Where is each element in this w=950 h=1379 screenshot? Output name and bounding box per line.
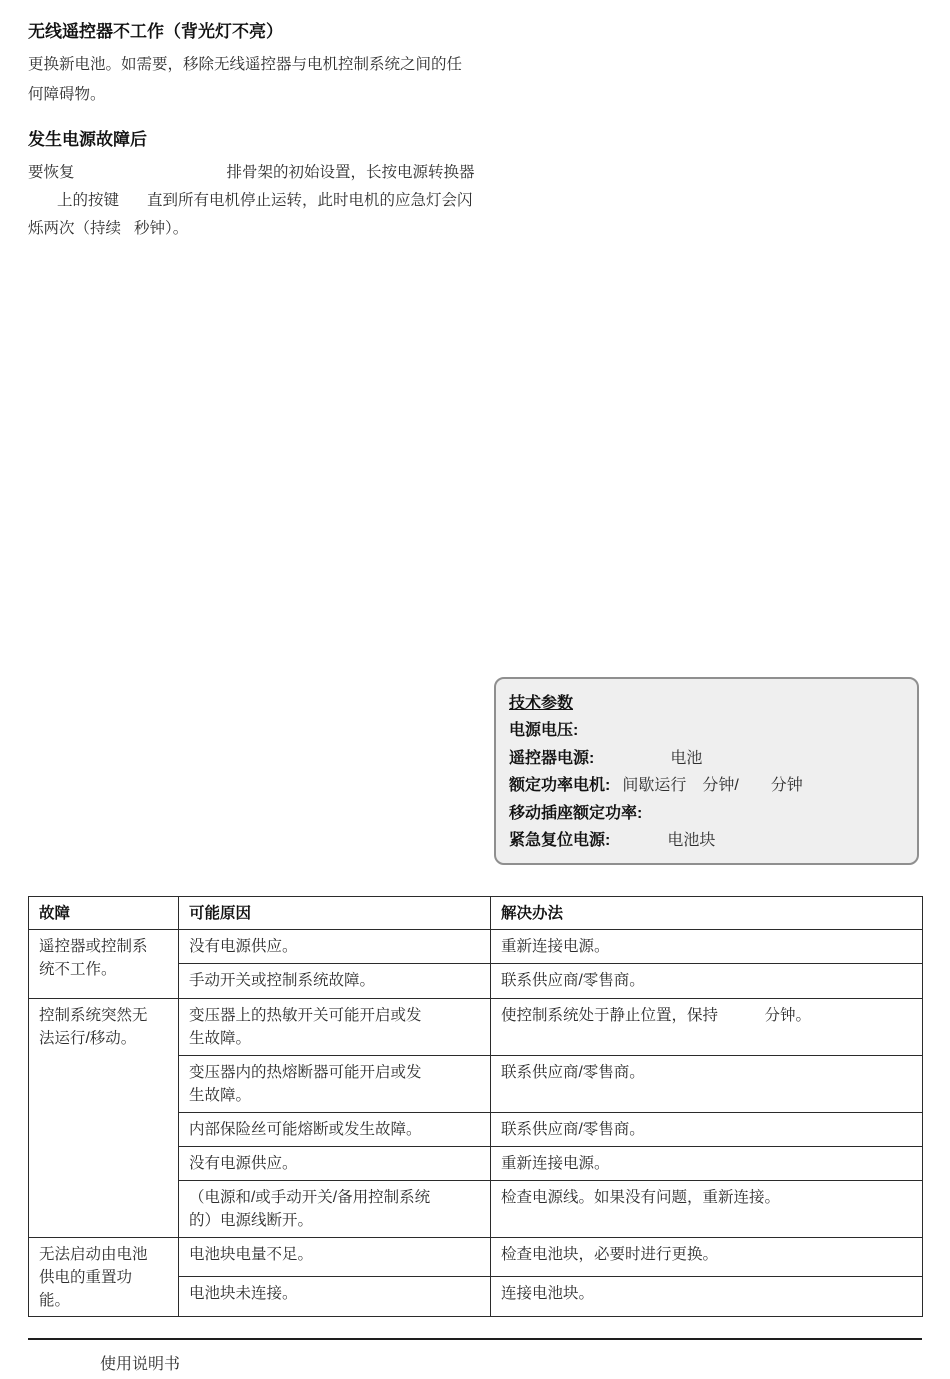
text-segment: 要恢复 — [28, 164, 75, 181]
table-header-row: 故障 可能原因 解决办法 — [29, 897, 923, 930]
tech-spec-row-voltage: 电源电压: — [509, 717, 904, 745]
cause-cell: 电池块电量不足。 — [179, 1238, 491, 1277]
spec-value: 电池块 — [667, 832, 715, 849]
cause-cell: 电池块未连接。 — [179, 1276, 491, 1316]
remote-section-paragraph: 更换新电池。如需要，移除无线遥控器与电机控制系统之间的任 何障碍物。 — [28, 50, 462, 110]
footer-manual-label: 使用说明书 — [100, 1351, 180, 1374]
cause-cell: 没有电源供应。 — [179, 1147, 491, 1181]
section-heading-power-failure: 发生电源故障后 — [28, 129, 147, 151]
cause-cell: 变压器上的热敏开关可能开启或发 生故障。 — [179, 999, 491, 1056]
spec-label: 额定功率电机: — [509, 777, 610, 794]
table-row: 遥控器或控制系 统不工作。 没有电源供应。 重新连接电源。 — [29, 930, 923, 964]
cause-cell: 内部保险丝可能熔断或发生故障。 — [179, 1113, 491, 1147]
fault-cell: 无法启动由电池 供电的重置功 能。 — [29, 1238, 179, 1317]
column-header-solution: 解决办法 — [491, 897, 923, 930]
solution-cell: 联系供应商/零售商。 — [491, 1056, 923, 1113]
text-segment: 直到所有电机停止运转，此时电机的应急灯会闪 — [147, 192, 473, 209]
spec-value: 电池 — [670, 750, 702, 767]
cause-cell: 变压器内的热熔断器可能开启或发 生故障。 — [179, 1056, 491, 1113]
column-header-fault: 故障 — [29, 897, 179, 930]
cause-cell: （电源和/或手动开关/备用控制系统 的）电源线断开。 — [179, 1181, 491, 1238]
text-segment: 秒钟）。 — [134, 220, 188, 237]
solution-cell: 重新连接电源。 — [491, 930, 923, 964]
spec-value: 间歇运行 分钟/ 分钟 — [622, 777, 802, 794]
cause-cell: 没有电源供应。 — [179, 930, 491, 964]
table-row: 无法启动由电池 供电的重置功 能。 电池块电量不足。 检查电池块，必要时进行更换… — [29, 1238, 923, 1277]
solution-cell: 使控制系统处于静止位置，保持 分钟。 — [491, 999, 923, 1056]
troubleshooting-table: 故障 可能原因 解决办法 遥控器或控制系 统不工作。 没有电源供应。 重新连接电… — [28, 896, 923, 1317]
column-header-cause: 可能原因 — [179, 897, 491, 930]
text-segment: 上的按键 — [57, 192, 119, 209]
cause-cell: 手动开关或控制系统故障。 — [179, 964, 491, 999]
text-segment: 烁两次（持续 — [28, 220, 121, 237]
text-segment: 排骨架的初始设置，长按电源转换器 — [227, 164, 475, 181]
fault-cell: 控制系统突然无 法运行/移动。 — [29, 999, 179, 1238]
tech-spec-row-emergency-reset: 紧急复位电源:电池块 — [509, 827, 904, 855]
tech-spec-row-motor-power: 额定功率电机:间歇运行 分钟/ 分钟 — [509, 772, 904, 800]
power-failure-paragraph: 要恢复排骨架的初始设置，长按电源转换器 上的按键直到所有电机停止运转，此时电机的… — [28, 159, 475, 243]
paragraph-line: 何障碍物。 — [28, 80, 462, 110]
paragraph-line: 要恢复排骨架的初始设置，长按电源转换器 — [28, 159, 475, 187]
spec-label: 紧急复位电源: — [509, 832, 610, 849]
paragraph-line: 烁两次（持续秒钟）。 — [28, 215, 475, 243]
tech-specs-title: 技术参数 — [509, 690, 904, 717]
solution-cell: 联系供应商/零售商。 — [491, 964, 923, 999]
spec-label: 遥控器电源: — [509, 750, 594, 767]
solution-cell: 重新连接电源。 — [491, 1147, 923, 1181]
manual-page: 无线遥控器不工作（背光灯不亮） 更换新电池。如需要，移除无线遥控器与电机控制系统… — [0, 0, 950, 1379]
solution-cell: 检查电池块，必要时进行更换。 — [491, 1238, 923, 1277]
tech-spec-row-socket-power: 移动插座额定功率: — [509, 800, 904, 828]
spec-label: 电源电压: — [509, 722, 578, 739]
footer-rule — [28, 1338, 922, 1340]
paragraph-line: 更换新电池。如需要，移除无线遥控器与电机控制系统之间的任 — [28, 50, 462, 80]
table-row: 控制系统突然无 法运行/移动。 变压器上的热敏开关可能开启或发 生故障。 使控制… — [29, 999, 923, 1056]
solution-cell: 连接电池块。 — [491, 1276, 923, 1316]
solution-cell: 检查电源线。如果没有问题，重新连接。 — [491, 1181, 923, 1238]
tech-specs-box: 技术参数 电源电压: 遥控器电源:电池 额定功率电机:间歇运行 分钟/ 分钟 移… — [494, 677, 919, 865]
solution-cell: 联系供应商/零售商。 — [491, 1113, 923, 1147]
fault-cell: 遥控器或控制系 统不工作。 — [29, 930, 179, 999]
paragraph-line: 上的按键直到所有电机停止运转，此时电机的应急灯会闪 — [28, 187, 475, 215]
tech-spec-row-remote-power: 遥控器电源:电池 — [509, 745, 904, 773]
section-heading-remote-not-working: 无线遥控器不工作（背光灯不亮） — [28, 21, 283, 43]
spec-label: 移动插座额定功率: — [509, 805, 642, 822]
